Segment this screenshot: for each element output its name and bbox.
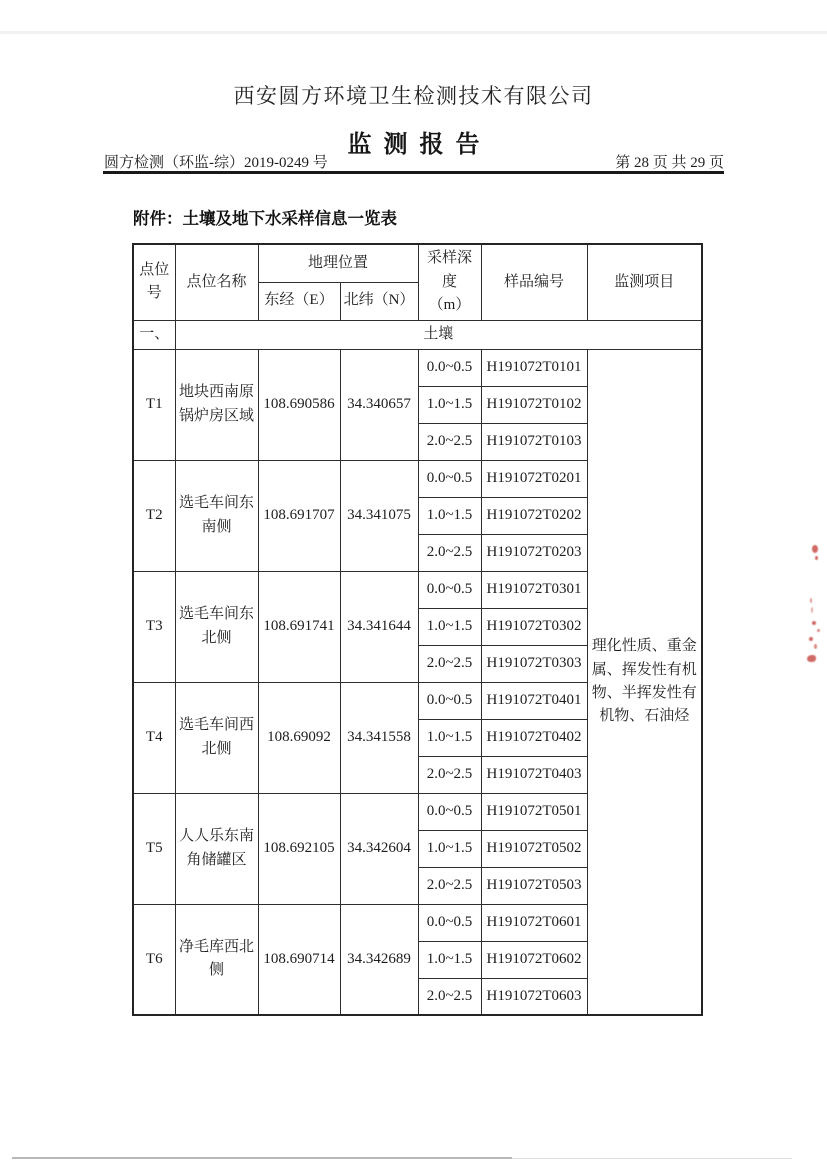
cell-longitude: 108.692105 [258, 793, 340, 904]
cell-latitude: 34.341644 [340, 571, 418, 682]
cell-point-name: 选毛车间东北侧 [175, 571, 258, 682]
cell-latitude: 34.342604 [340, 793, 418, 904]
col-header-point-no: 点位号 [133, 244, 175, 320]
company-name: 西安圆方环境卫生检测技术有限公司 [0, 80, 827, 110]
seal-mark [815, 556, 818, 560]
col-header-latitude: 北纬（N） [340, 282, 418, 320]
col-header-longitude: 东经（E） [258, 282, 340, 320]
col-header-depth-line2: （m） [421, 294, 479, 317]
cell-depth: 1.0~1.5 [418, 608, 481, 645]
seal-mark [812, 545, 818, 553]
cell-sample-id: H191072T0503 [481, 867, 587, 904]
cell-point-name: 人人乐东南角储罐区 [175, 793, 258, 904]
scan-artifact-bottom-faint [512, 1158, 792, 1159]
doc-meta-row: 圆方检测（环监-综）2019-0249 号 第 28 页 共 29 页 [104, 151, 724, 172]
cell-longitude: 108.691741 [258, 571, 340, 682]
cell-depth: 1.0~1.5 [418, 941, 481, 978]
cell-depth: 1.0~1.5 [418, 497, 481, 534]
scan-artifact-bottom [12, 1157, 512, 1159]
col-header-geo-position: 地理位置 [258, 244, 418, 282]
col-header-depth: 采样深度 （m） [418, 244, 481, 320]
cell-sample-id: H191072T0101 [481, 349, 587, 386]
cell-longitude: 108.690586 [258, 349, 340, 460]
cell-depth: 2.0~2.5 [418, 978, 481, 1015]
seal-mark [812, 621, 816, 625]
cell-sample-id: H191072T0401 [481, 682, 587, 719]
scan-artifact-top [0, 31, 827, 34]
cell-depth: 1.0~1.5 [418, 830, 481, 867]
cell-sample-id: H191072T0301 [481, 571, 587, 608]
cell-depth: 1.0~1.5 [418, 386, 481, 423]
cell-point-id: T1 [133, 349, 175, 460]
cell-sample-id: H191072T0203 [481, 534, 587, 571]
cell-point-id: T5 [133, 793, 175, 904]
cell-sample-id: H191072T0302 [481, 608, 587, 645]
cell-longitude: 108.691707 [258, 460, 340, 571]
cell-sample-id: H191072T0403 [481, 756, 587, 793]
cell-sample-id: H191072T0102 [481, 386, 587, 423]
cell-depth: 2.0~2.5 [418, 756, 481, 793]
cell-point-id: T4 [133, 682, 175, 793]
col-header-monitor-items: 监测项目 [587, 244, 702, 320]
cell-depth: 2.0~2.5 [418, 423, 481, 460]
col-header-depth-line1: 采样深度 [421, 247, 479, 294]
section-no: 一、 [133, 320, 175, 349]
cell-sample-id: H191072T0602 [481, 941, 587, 978]
cell-latitude: 34.341558 [340, 682, 418, 793]
report-page: 西安圆方环境卫生检测技术有限公司 监 测 报 告 圆方检测（环监-综）2019-… [0, 0, 827, 1170]
cell-point-id: T2 [133, 460, 175, 571]
cell-sample-id: H191072T0201 [481, 460, 587, 497]
cell-point-name: 净毛库西北侧 [175, 904, 258, 1015]
cell-sample-id: H191072T0402 [481, 719, 587, 756]
cell-point-id: T6 [133, 904, 175, 1015]
cell-sample-id: H191072T0502 [481, 830, 587, 867]
cell-depth: 1.0~1.5 [418, 719, 481, 756]
seal-mark [817, 629, 820, 632]
cell-longitude: 108.69092 [258, 682, 340, 793]
cell-depth: 0.0~0.5 [418, 571, 481, 608]
cell-point-name: 地块西南原锅炉房区域 [175, 349, 258, 460]
cell-sample-id: H191072T0601 [481, 904, 587, 941]
cell-latitude: 34.341075 [340, 460, 418, 571]
sampling-table: 点位号 点位名称 地理位置 采样深度 （m） 样品编号 监测项目 东经（E） 北… [132, 243, 703, 1016]
col-header-sample-id: 样品编号 [481, 244, 587, 320]
cell-sample-id: H191072T0202 [481, 497, 587, 534]
cell-point-name: 选毛车间东南侧 [175, 460, 258, 571]
page-indicator: 第 28 页 共 29 页 [615, 151, 724, 172]
cell-monitor-items: 理化性质、重金属、挥发性有机物、半挥发性有机物、石油烃 [587, 349, 702, 1015]
header-row-1: 点位号 点位名称 地理位置 采样深度 （m） 样品编号 监测项目 [133, 244, 702, 282]
seal-mark [810, 598, 812, 603]
cell-depth: 0.0~0.5 [418, 904, 481, 941]
cell-sample-id: H191072T0303 [481, 645, 587, 682]
cell-sample-id: H191072T0501 [481, 793, 587, 830]
doc-number: 圆方检测（环监-综）2019-0249 号 [104, 151, 328, 172]
seal-mark [814, 644, 817, 649]
seal-mark [811, 607, 813, 613]
header-rule [103, 171, 724, 174]
cell-depth: 0.0~0.5 [418, 793, 481, 830]
table-row: T1 地块西南原锅炉房区域 108.690586 34.340657 0.0~0… [133, 349, 702, 386]
cell-depth: 2.0~2.5 [418, 645, 481, 682]
section-row: 一、 土壤 [133, 320, 702, 349]
cell-depth: 0.0~0.5 [418, 460, 481, 497]
cell-depth: 0.0~0.5 [418, 349, 481, 386]
cell-depth: 2.0~2.5 [418, 534, 481, 571]
seal-mark [809, 637, 813, 641]
cell-depth: 2.0~2.5 [418, 867, 481, 904]
col-header-point-name: 点位名称 [175, 244, 258, 320]
section-name: 土壤 [175, 320, 702, 349]
cell-sample-id: H191072T0603 [481, 978, 587, 1015]
cell-depth: 0.0~0.5 [418, 682, 481, 719]
attachment-title: 附件：土壤及地下水采样信息一览表 [133, 205, 397, 229]
cell-latitude: 34.342689 [340, 904, 418, 1015]
seal-mark [807, 655, 816, 662]
cell-longitude: 108.690714 [258, 904, 340, 1015]
cell-point-name: 选毛车间西北侧 [175, 682, 258, 793]
cell-sample-id: H191072T0103 [481, 423, 587, 460]
cell-latitude: 34.340657 [340, 349, 418, 460]
cell-point-id: T3 [133, 571, 175, 682]
